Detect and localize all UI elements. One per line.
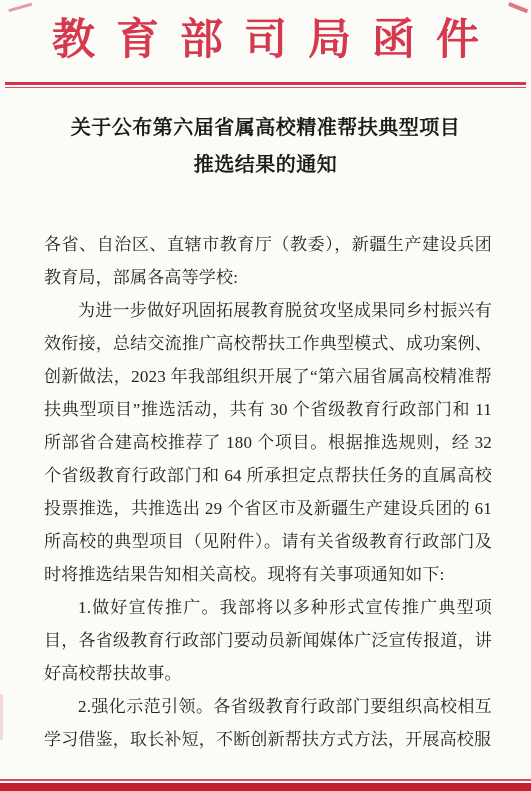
document-title-line1: 关于公布第六届省属高校精准帮扶典型项目 — [0, 110, 531, 147]
salutation-paragraph: 各省、自治区、直辖市教育厅（教委），新疆生产建设兵团教育局，部属各高等学校: — [44, 228, 492, 294]
intro-paragraph: 为进一步做好巩固拓展教育脱贫攻坚成果同乡村振兴有效衔接，总结交流推广高校帮扶工作… — [44, 294, 492, 591]
document-page: 教育部司局函件 关于公布第六届省属高校精准帮扶典型项目 推选结果的通知 各省、自… — [0, 0, 531, 791]
letterhead-title: 教育部司局函件 — [6, 0, 525, 66]
item-2-paragraph: 2.强化示范引领。各省级教育行政部门要组织高校相互学习借鉴，取长补短，不断创新帮… — [44, 690, 492, 756]
letterhead-divider — [5, 82, 526, 88]
letterhead-divider-thin-line — [5, 87, 526, 88]
footer-rule-solid-band — [0, 783, 531, 791]
footer-rule-thin-line — [0, 779, 531, 781]
document-body: 各省、自治区、直辖市教育厅（教委），新疆生产建设兵团教育局，部属各高等学校: 为… — [44, 228, 492, 756]
letterhead-divider-thick-line — [5, 82, 526, 85]
document-title-line2: 推选结果的通知 — [0, 147, 531, 184]
footer-rule — [0, 779, 531, 791]
item-1-paragraph: 1.做好宣传推广。我部将以多种形式宣传推广典型项目，各省级教育行政部门要动员新闻… — [44, 591, 492, 690]
scan-artifact-left-edge — [0, 694, 3, 740]
document-title: 关于公布第六届省属高校精准帮扶典型项目 推选结果的通知 — [0, 110, 531, 184]
